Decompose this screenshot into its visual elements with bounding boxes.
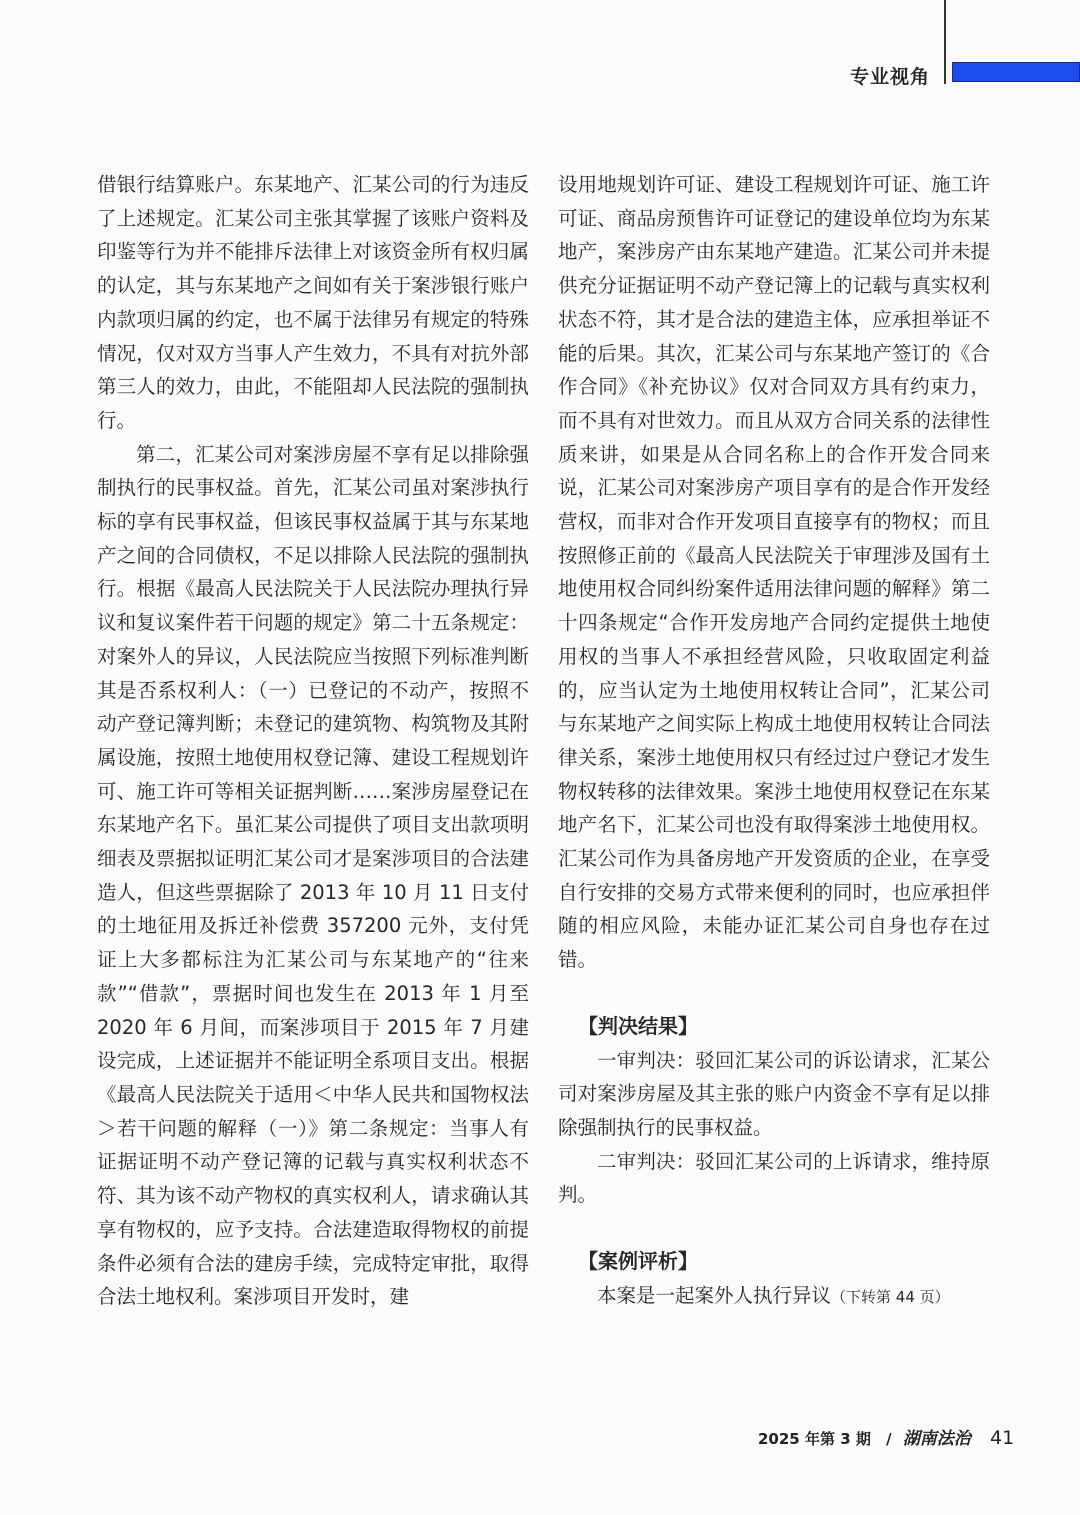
right-column: 设用地规划许可证、建设工程规划许可证、施工许可证、商品房预售许可证登记的建设单位… [558,168,990,1315]
left-column: 借银行结算账户。东某地产、汇某公司的行为违反了上述规定。汇某公司主张其掌握了该账… [97,168,529,1314]
section-label: 专业视角 [850,62,930,89]
judgment-heading: 【判决结果】 [558,1010,990,1044]
spacer [558,977,990,1010]
first-instance-judgment: 一审判决：驳回汇某公司的诉讼请求，汇某公司对案涉房屋及其主张的账户内资金不享有足… [558,1044,990,1145]
paragraph: 借银行结算账户。东某地产、汇某公司的行为违反了上述规定。汇某公司主张其掌握了该账… [97,168,529,438]
journal-name: 湖南法治 [903,1429,971,1449]
continued-note: （下转第 44 页） [831,1288,950,1306]
paragraph: 第二，汇某公司对案涉房屋不享有足以排除强制执行的民事权益。首先，汇某公司虽对案涉… [97,438,529,1314]
analysis-heading: 【案例评析】 [558,1245,990,1279]
second-instance-judgment: 二审判决：驳回汇某公司的上诉请求，维持原判。 [558,1145,990,1212]
paragraph: 设用地规划许可证、建设工程规划许可证、施工许可证、商品房预售许可证登记的建设单位… [558,168,990,977]
issue-label: 2025 年第 3 期 [758,1430,871,1448]
page-number: 41 [990,1427,1014,1449]
page-footer: 2025 年第 3 期 / 湖南法治 41 [758,1424,1014,1449]
footer-separator: / [886,1430,891,1448]
analysis-text-body: 本案是一起案外人执行异议 [597,1284,831,1307]
section-accent-bar [952,62,1080,82]
spacer [558,1212,990,1245]
analysis-text: 本案是一起案外人执行异议（下转第 44 页） [558,1279,990,1315]
header-divider-line [944,0,946,84]
